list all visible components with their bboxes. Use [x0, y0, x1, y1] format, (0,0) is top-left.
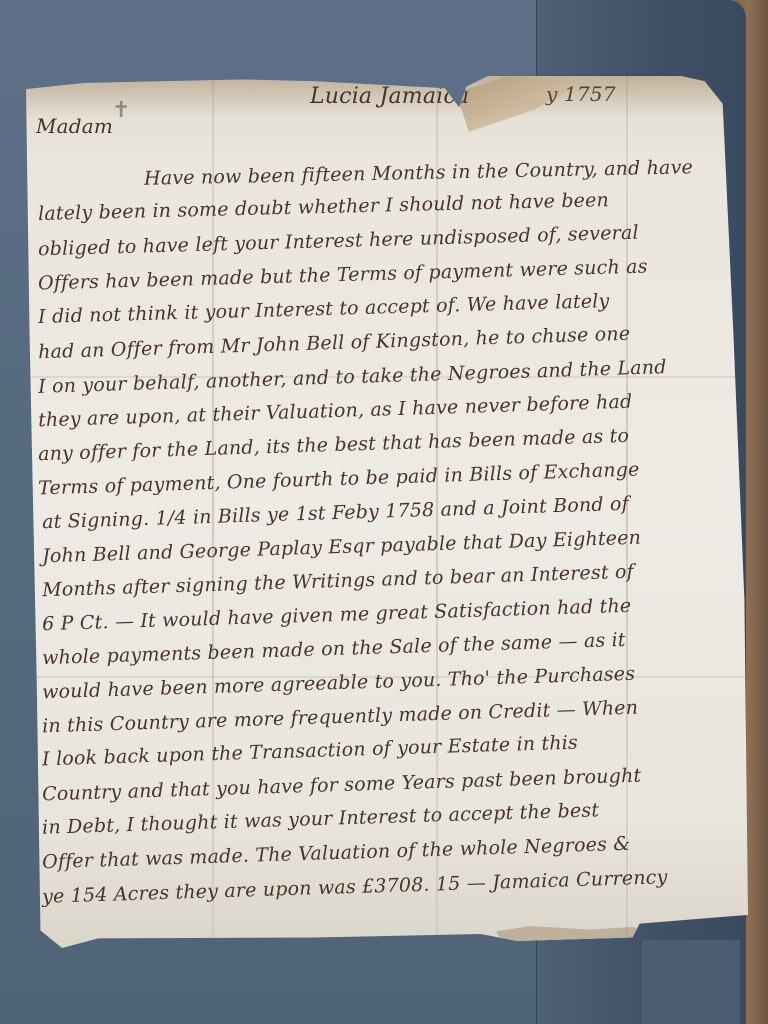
letter-line: Terms of payment, One fourth to be paid … — [38, 461, 640, 499]
letter-sheet: ✝ Lucia Jamaica y 1757 Madam Have now be… — [26, 76, 748, 948]
letter-line: Country and that you have for some Years… — [42, 767, 642, 805]
letter-line: I on your behalf, another, and to take t… — [38, 358, 667, 397]
letter-line: I did not think it your Interest to acce… — [38, 292, 610, 327]
letter-line: they are upon, at their Valuation, as I … — [38, 393, 633, 431]
letter-line: ye 154 Acres they are upon was £3708. 15… — [42, 868, 668, 907]
letter-line: in Debt, I thought it was your Interest … — [42, 801, 600, 837]
letter-line: John Bell and George Paplay Esqr payable… — [42, 529, 642, 567]
letter-line: whole payments been made on the Sale of … — [42, 631, 626, 668]
letter-line: any offer for the Land, its the best tha… — [38, 427, 630, 465]
letter-line: Offers hav been made but the Terms of pa… — [38, 257, 648, 293]
archival-folder-lower-edge — [640, 940, 740, 1024]
letter-line: I look back upon the Transaction of your… — [42, 734, 578, 770]
letter-line: Offer that was made. The Valuation of th… — [42, 835, 631, 872]
letter-line: Have now been fifteen Months in the Coun… — [144, 158, 693, 188]
salutation: Madam — [36, 116, 113, 136]
letter-date: y 1757 — [546, 84, 616, 104]
letter-line: lately been in some doubt whether I shou… — [38, 191, 609, 224]
letter-line: would have been more agreeable to you. T… — [42, 665, 636, 703]
letter-line: 6 P Ct. — It would have given me great S… — [42, 597, 632, 635]
pencil-cross-mark: ✝ — [112, 98, 130, 123]
letter-line: had an Offer from Mr John Bell of Kingst… — [38, 325, 631, 363]
letter-line: at Signing. 1/4 in Bills ye 1st Feby 175… — [42, 495, 629, 532]
letter-place: Lucia Jamaica — [310, 86, 469, 108]
photo-scene: ✝ Lucia Jamaica y 1757 Madam Have now be… — [0, 0, 768, 1024]
letter-line: in this Country are more frequently made… — [42, 699, 639, 737]
letter-line: obliged to have left your Interest here … — [38, 224, 639, 260]
letter-line: Months after signing the Writings and to… — [42, 563, 634, 601]
